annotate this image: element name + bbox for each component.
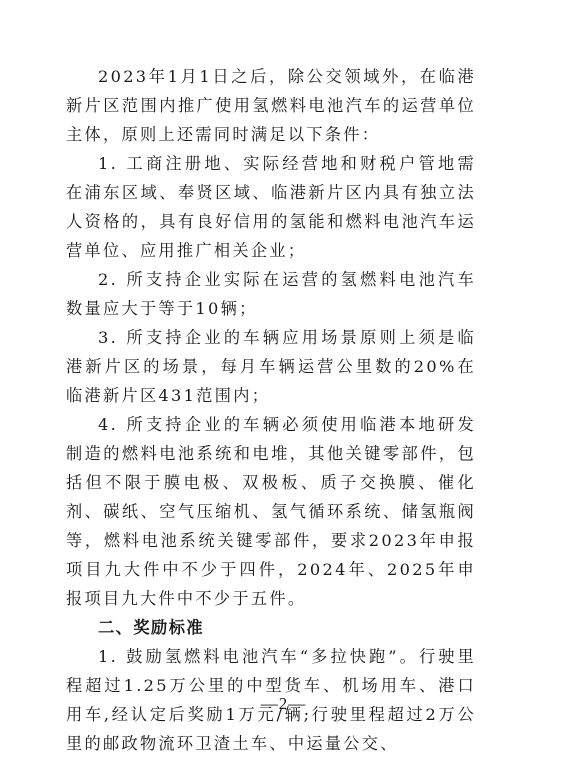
document-page: 2023年1月1日之后，除公交领域外，在临港新片区范围内推广使用氢燃料电池汽车的… [66, 62, 476, 758]
section-heading-reward-standards: 二、奖励标准 [66, 613, 476, 642]
intro-paragraph: 2023年1月1日之后，除公交领域外，在临港新片区范围内推广使用氢燃料电池汽车的… [66, 62, 476, 149]
condition-2-paragraph: 2. 所支持企业实际在运营的氢燃料电池汽车数量应大于等于10辆； [66, 265, 476, 323]
page-number: —2— [0, 694, 567, 714]
condition-1-paragraph: 1. 工商注册地、实际经营地和财税户管地需在浦东区域、奉贤区域、临港新片区内具有… [66, 149, 476, 265]
condition-3-paragraph: 3. 所支持企业的车辆应用场景原则上须是临港新片区的场景，每月车辆运营公里数的2… [66, 323, 476, 410]
condition-4-paragraph: 4. 所支持企业的车辆必须使用临港本地研发制造的燃料电池系统和电堆，其他关键零部… [66, 410, 476, 613]
